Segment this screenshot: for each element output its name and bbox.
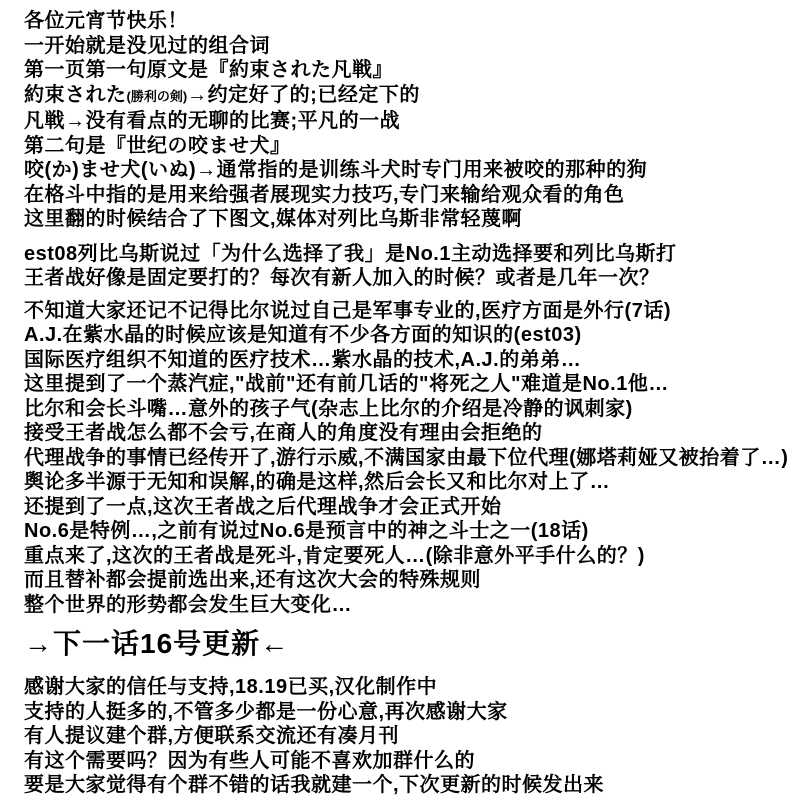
text-line: 比尔和会长斗嘴…意外的孩子气(杂志上比尔的介绍是冷静的讽刺家)	[24, 397, 790, 422]
text-line: 約束された(勝利の剣)→约定好了的;已经定下的	[24, 83, 790, 110]
text-line: 这里翻的时候结合了下图文,媒体对列比乌斯非常轻蔑啊	[24, 207, 790, 232]
thanks-notes: 感谢大家的信任与支持,18.19已买,汉化制作中支持的人挺多的,不管多少都是一份…	[24, 675, 790, 798]
text-line: 要是大家觉得有个群不错的话我就建一个,下次更新的时候发出来	[24, 773, 790, 798]
closing-body: 感谢大家的信任与支持,18.19已买,汉化制作中支持的人挺多的,不管多少都是一份…	[24, 675, 790, 798]
text-line: 凡戦→没有看点的无聊的比赛;平凡的一战	[24, 109, 790, 134]
small-gloss-text: (勝利の剣)	[127, 89, 188, 104]
text-segment: 約束された	[24, 84, 127, 106]
text-line: 咬(か)ませ犬(いぬ)→通常指的是训练斗犬时专门用来被咬的那种的狗	[24, 158, 790, 183]
text-line: 支持的人挺多的,不管多少都是一份心意,再次感谢大家	[24, 700, 790, 725]
text-line: 第二句是『世纪の咬ませ犬』	[24, 134, 790, 159]
text-line: 还提到了一点,这次王者战之后代理战争才会正式开始	[24, 495, 790, 520]
translator-notes-page: 各位元宵节快乐！一开始就是没见过的组合词第一页第一句原文是『約束された凡戦』約束…	[0, 0, 800, 800]
text-line: 舆论多半源于无知和误解,的确是这样,然后会长又和比尔对上了…	[24, 470, 790, 495]
next-update-announcement: →下一话16号更新←	[24, 627, 790, 661]
text-line: 重点来了,这次的王者战是死斗,肯定要死人…(除非意外平手什么的？)	[24, 544, 790, 569]
text-line: 感谢大家的信任与支持,18.19已买,汉化制作中	[24, 675, 790, 700]
text-line: No.6是特例…,之前有说过No.6是预言中的神之斗士之一(18话)	[24, 519, 790, 544]
text-line: 一开始就是没见过的组合词	[24, 34, 790, 59]
text-line: 而且替补都会提前选出来,还有这次大会的特殊规则	[24, 568, 790, 593]
text-line: 王者战好像是固定要打的？每次有新人加入的时候？或者是几年一次？	[24, 266, 790, 291]
notes-body: 各位元宵节快乐！一开始就是没见过的组合词第一页第一句原文是『約束された凡戦』約束…	[24, 9, 790, 617]
text-line: 国际医疗组织不知道的医疗技术…紫水晶的技术,A.J.的弟弟…	[24, 348, 790, 373]
story-notes: 不知道大家还记不记得比尔说过自己是军事专业的,医疗方面是外行(7话)A.J.在紫…	[24, 299, 790, 618]
text-line: 有人提议建个群,方便联系交流还有凑月刊	[24, 724, 790, 749]
text-line: 不知道大家还记不记得比尔说过自己是军事专业的,医疗方面是外行(7话)	[24, 299, 790, 324]
text-line: 这里提到了一个蒸汽症,"战前"还有前几话的"将死之人"难道是No.1他…	[24, 372, 790, 397]
text-line: 代理战争的事情已经传开了,游行示威,不满国家由最下位代理(娜塔莉娅又被抬着了…)	[24, 446, 790, 471]
text-line: 第一页第一句原文是『約束された凡戦』	[24, 58, 790, 83]
text-line: A.J.在紫水晶的时候应该是知道有不少各方面的知识的(est03)	[24, 323, 790, 348]
text-line: est08列比乌斯说过「为什么选择了我」是No.1主动选择要和列比乌斯打	[24, 242, 790, 267]
text-line: 各位元宵节快乐！	[24, 9, 790, 34]
text-line: 接受王者战怎么都不会亏,在商人的角度没有理由会拒绝的	[24, 421, 790, 446]
text-segment: →约定好了的;已经定下的	[187, 84, 420, 106]
text-line: 有这个需要吗？因为有些人可能不喜欢加群什么的	[24, 749, 790, 774]
text-line: 在格斗中指的是用来给强者展现实力技巧,专门来输给观众看的角色	[24, 183, 790, 208]
est08-notes: est08列比乌斯说过「为什么选择了我」是No.1主动选择要和列比乌斯打王者战好…	[24, 242, 790, 291]
term-notes: 各位元宵节快乐！一开始就是没见过的组合词第一页第一句原文是『約束された凡戦』約束…	[24, 9, 790, 232]
text-line: 整个世界的形势都会发生巨大变化…	[24, 593, 790, 618]
